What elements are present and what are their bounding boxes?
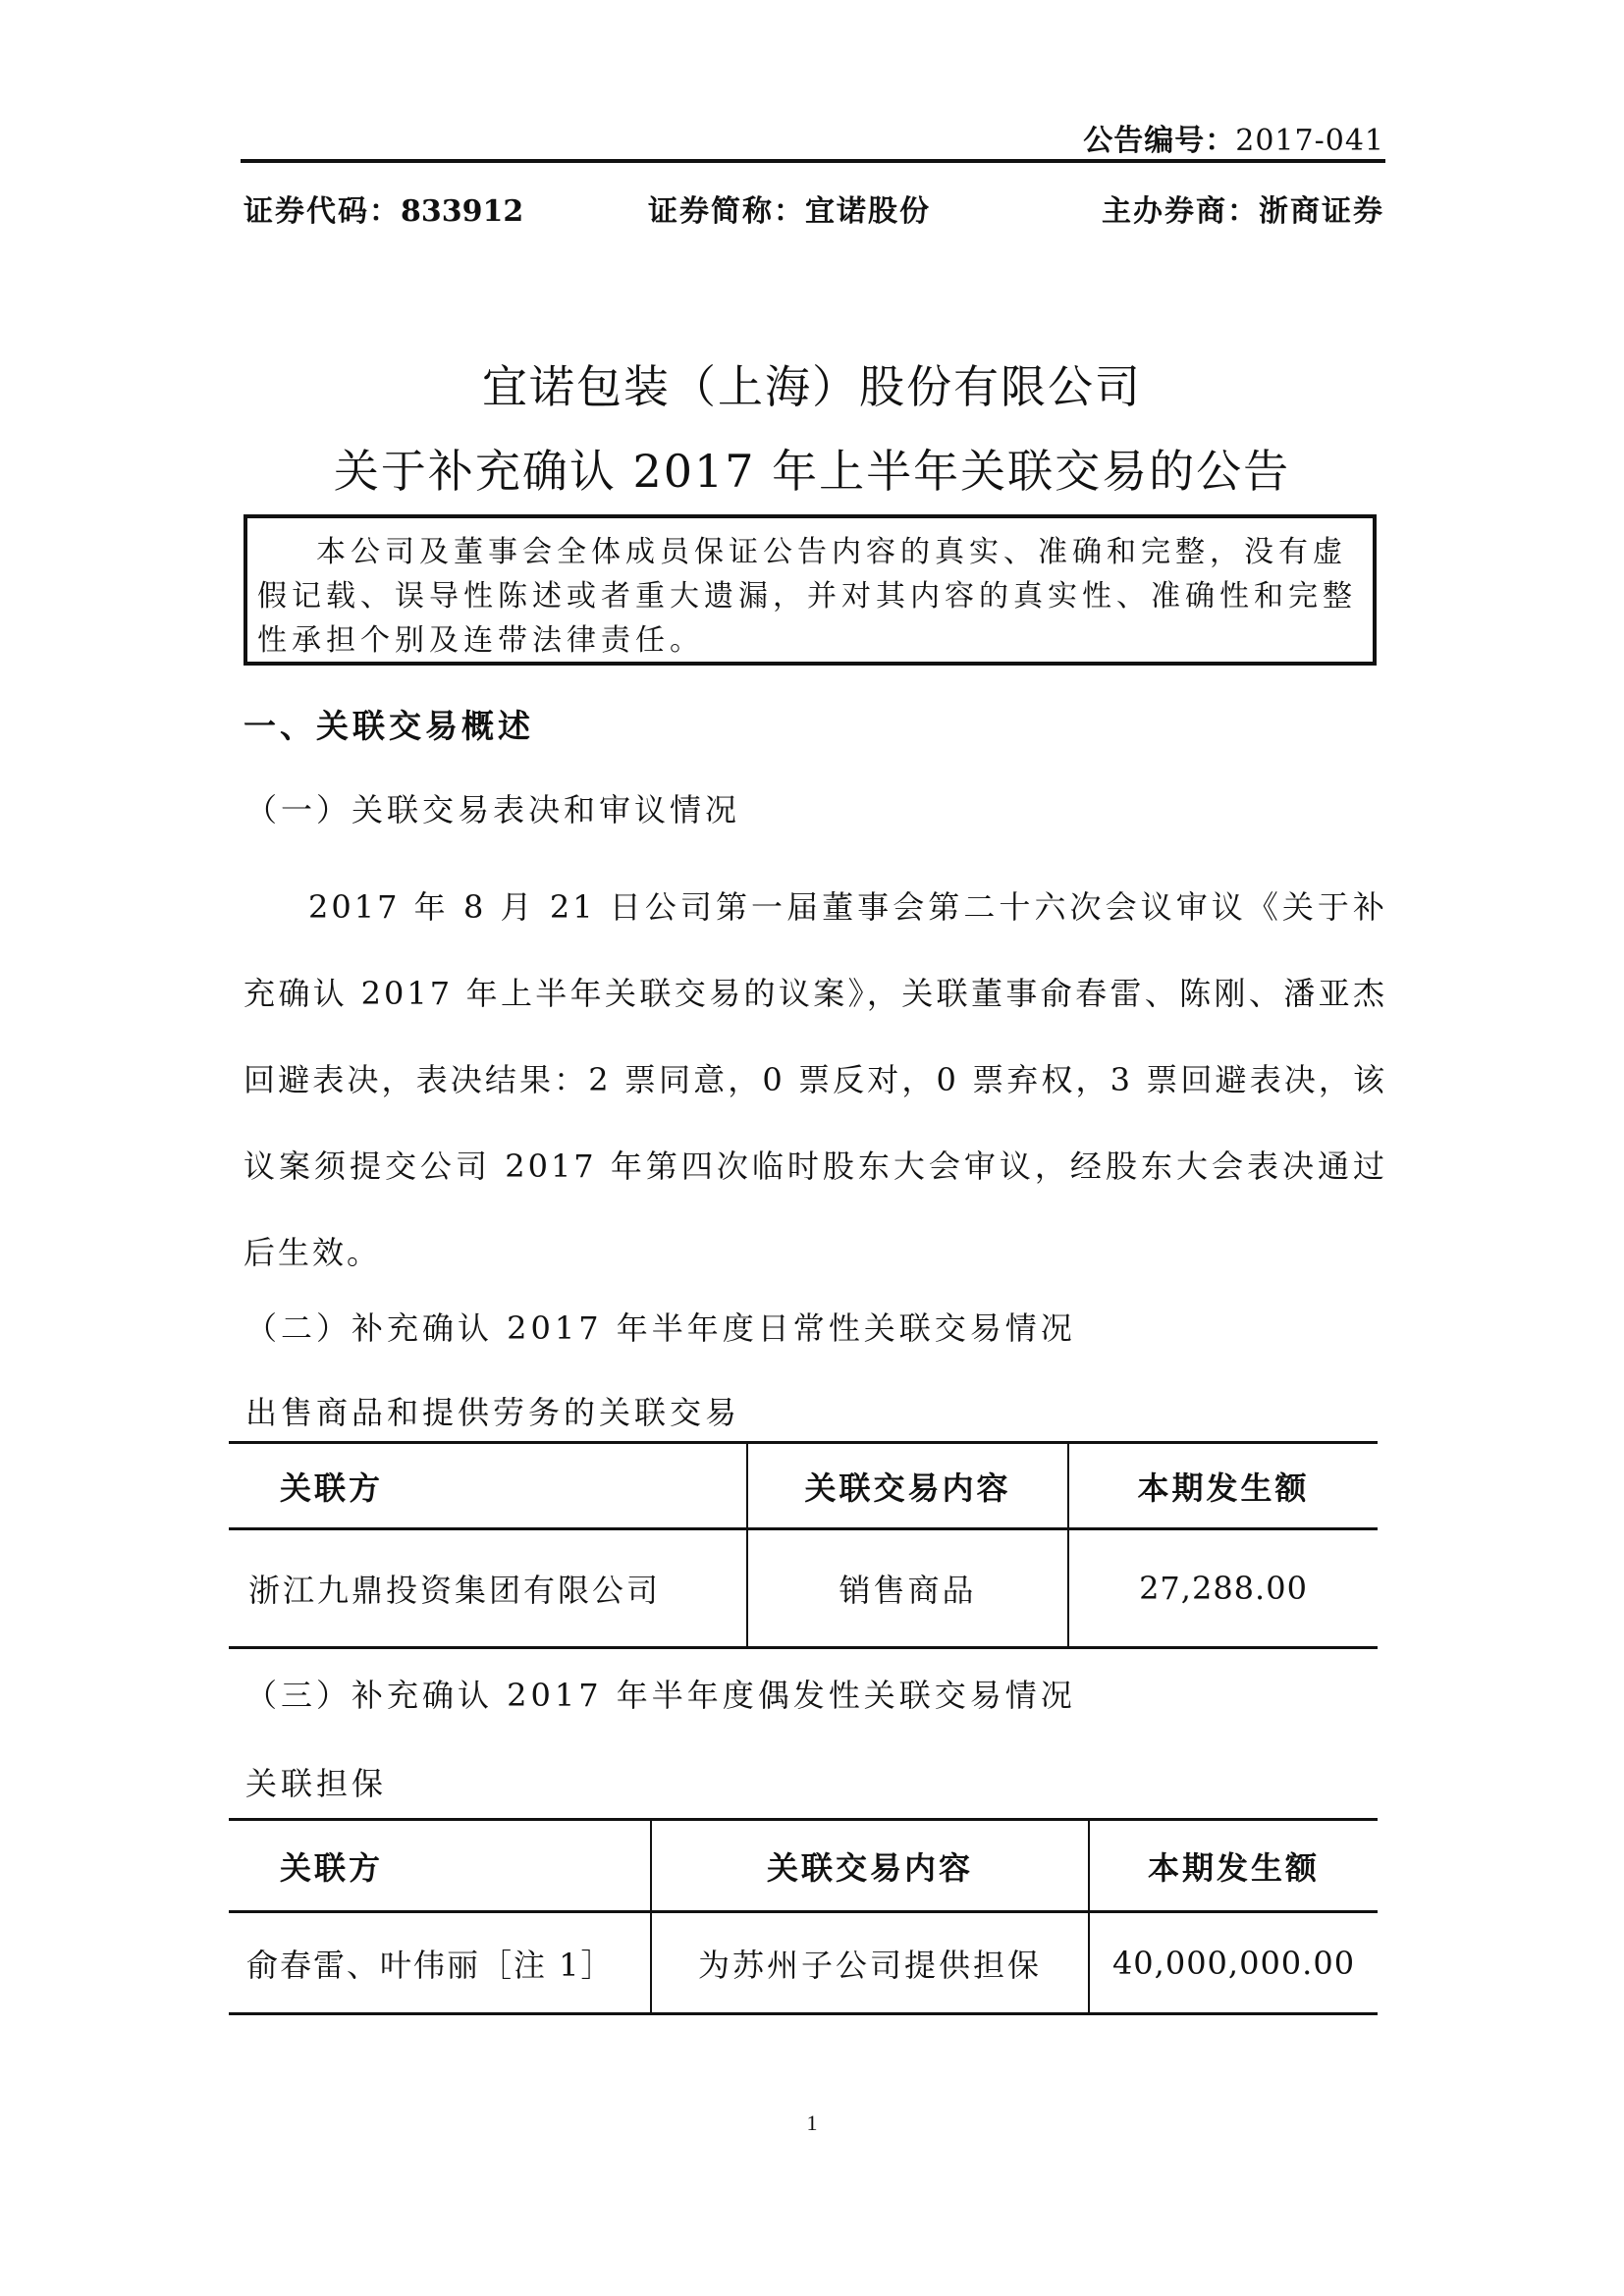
column-header: 本期发生额 xyxy=(1068,1443,1378,1529)
disclaimer-box: 本公司及董事会全体成员保证公告内容的真实、准确和完整，没有虚假记载、误导性陈述或… xyxy=(244,514,1377,666)
security-code-value: 833912 xyxy=(401,194,523,229)
subsection-heading-3: （三）补充确认 2017 年半年度偶发性关联交易情况 xyxy=(245,1671,1076,1716)
announcement-number-value: 2017-041 xyxy=(1235,124,1384,158)
column-header: 关联方 xyxy=(229,1820,651,1912)
daily-transactions-table: 关联方 关联交易内容 本期发生额 浙江九鼎投资集团有限公司 销售商品 27,28… xyxy=(229,1441,1378,1649)
disclaimer-text: 本公司及董事会全体成员保证公告内容的真实、准确和完整，没有虚假记载、误导性陈述或… xyxy=(247,518,1373,663)
column-header: 关联方 xyxy=(229,1443,747,1529)
resolution-paragraph: 2017 年 8 月 21 日公司第一届董事会第二十六次会议审议《关于补充确认 … xyxy=(244,864,1387,1296)
sponsor-value: 浙商证券 xyxy=(1259,194,1384,229)
table-row: 俞春雷、叶伟丽［注 1］ 为苏州子公司提供担保 40,000,000.00 xyxy=(229,1912,1378,2014)
subsection-heading-1: （一）关联交易表决和审议情况 xyxy=(245,785,740,830)
security-abbr-value: 宜诺股份 xyxy=(805,194,931,229)
table-header-row: 关联方 关联交易内容 本期发生额 xyxy=(229,1443,1378,1529)
section-heading: 一、关联交易概述 xyxy=(244,701,534,747)
security-code: 证券代码：833912 xyxy=(244,187,523,230)
amount-cell: 27,288.00 xyxy=(1068,1529,1378,1648)
amount-cell: 40,000,000.00 xyxy=(1089,1912,1378,2014)
related-party-cell: 俞春雷、叶伟丽［注 1］ xyxy=(229,1912,651,2014)
transaction-content-cell: 为苏州子公司提供担保 xyxy=(651,1912,1089,2014)
guarantee-transactions-table: 关联方 关联交易内容 本期发生额 俞春雷、叶伟丽［注 1］ 为苏州子公司提供担保… xyxy=(229,1818,1378,2015)
announcement-number: 公告编号：2017-041 xyxy=(241,116,1384,159)
column-header: 本期发生额 xyxy=(1089,1820,1378,1912)
security-code-label: 证券代码： xyxy=(244,194,401,229)
subsection-heading-2: （二）补充确认 2017 年半年度日常性关联交易情况 xyxy=(245,1304,1076,1349)
transaction-content-cell: 销售商品 xyxy=(747,1529,1068,1648)
security-abbreviation: 证券简称：宜诺股份 xyxy=(648,187,931,230)
table-row: 浙江九鼎投资集团有限公司 销售商品 27,288.00 xyxy=(229,1529,1378,1648)
page-number: 1 xyxy=(0,2110,1624,2136)
sponsor-broker: 主办券商：浙商证券 xyxy=(1102,187,1384,230)
column-header: 关联交易内容 xyxy=(651,1820,1089,1912)
sponsor-label: 主办券商： xyxy=(1102,194,1259,229)
header-rule xyxy=(241,159,1385,163)
security-abbr-label: 证券简称： xyxy=(648,194,805,229)
table-header-row: 关联方 关联交易内容 本期发生额 xyxy=(229,1820,1378,1912)
security-info-row: 证券代码：833912 证券简称：宜诺股份 主办券商：浙商证券 xyxy=(244,187,1384,230)
column-header: 关联交易内容 xyxy=(747,1443,1068,1529)
company-title: 宜诺包装（上海）股份有限公司 xyxy=(0,351,1624,416)
related-party-cell: 浙江九鼎投资集团有限公司 xyxy=(229,1529,747,1648)
document-title: 关于补充确认 2017 年上半年关联交易的公告 xyxy=(0,436,1624,501)
announcement-number-label: 公告编号： xyxy=(1083,124,1235,158)
table1-caption: 出售商品和提供劳务的关联交易 xyxy=(245,1388,740,1433)
table2-caption: 关联担保 xyxy=(245,1759,387,1804)
